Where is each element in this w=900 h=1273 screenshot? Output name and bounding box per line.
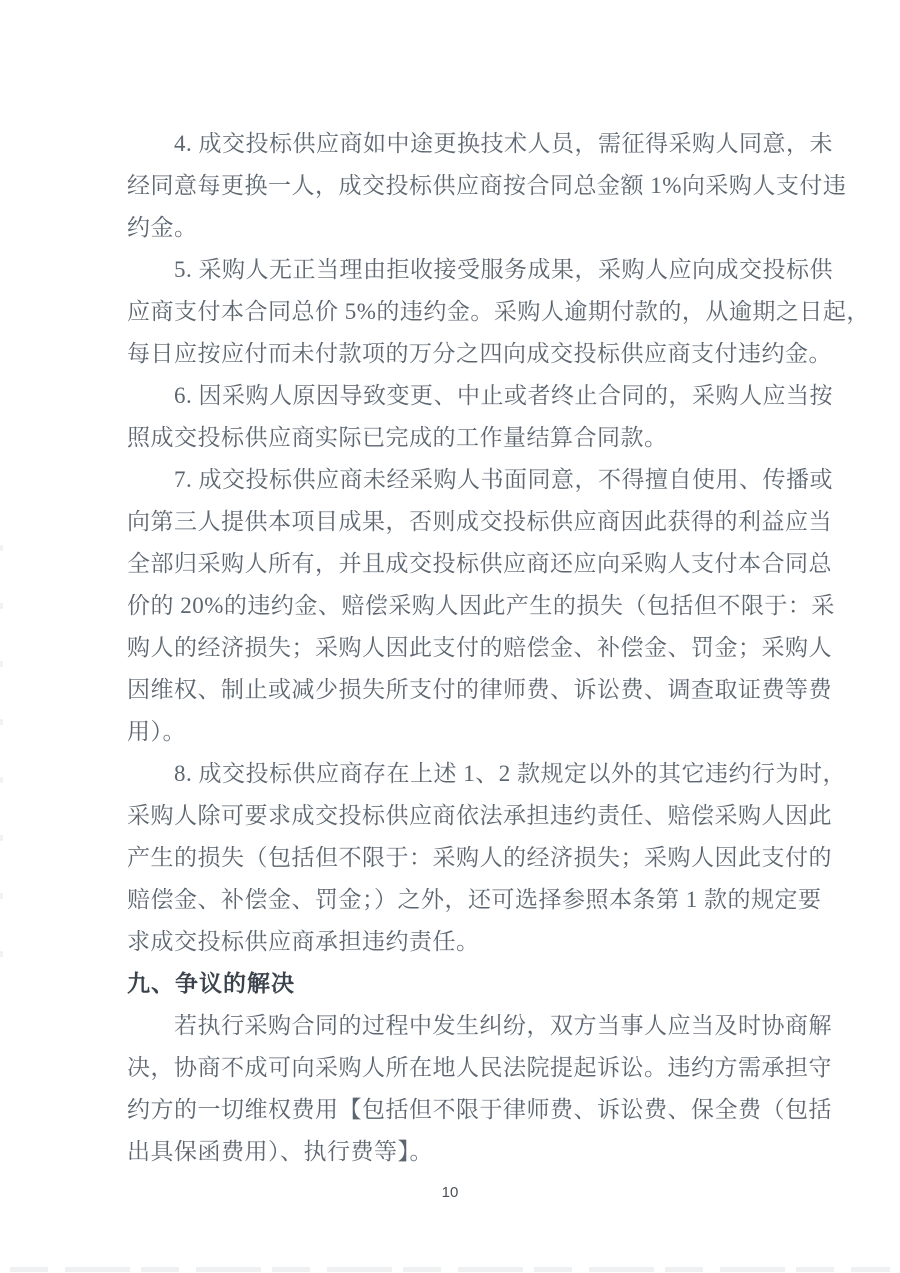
text-line: 出具保函费用）、执行费等】。 <box>127 1131 782 1173</box>
text-line: 4. 成交投标供应商如中途更换技术人员，需征得采购人同意，未 <box>127 123 782 165</box>
text-line: 求成交投标供应商承担违约责任。 <box>127 921 782 963</box>
text-line: 若执行采购合同的过程中发生纠纷，双方当事人应当及时协商解 <box>127 1005 782 1047</box>
text-line: 7. 成交投标供应商未经采购人书面同意，不得擅自使用、传播或 <box>127 459 782 501</box>
document-body: 4. 成交投标供应商如中途更换技术人员，需征得采购人同意，未经同意每更换一人，成… <box>127 123 782 1173</box>
text-line: 购人的经济损失；采购人因此支付的赔偿金、补偿金、罚金；采购人 <box>127 627 782 669</box>
clause-6: 6. 因采购人原因导致变更、中止或者终止合同的，采购人应当按照成交投标供应商实际… <box>127 375 782 459</box>
clause-5: 5. 采购人无正当理由拒收接受服务成果，采购人应向成交投标供应商支付本合同总价 … <box>127 249 782 375</box>
text-line: 经同意每更换一人，成交投标供应商按合同总金额 1%向采购人支付违 <box>127 165 782 207</box>
text-line: 向第三人提供本项目成果，否则成交投标供应商因此获得的利益应当 <box>127 501 782 543</box>
text-line: 因维权、制止或减少损失所支付的律师费、诉讼费、调查取证费等费 <box>127 669 782 711</box>
clause-4: 4. 成交投标供应商如中途更换技术人员，需征得采购人同意，未经同意每更换一人，成… <box>127 123 782 249</box>
scan-artifact-bottom-edge <box>10 1267 890 1272</box>
text-line: 用）。 <box>127 711 782 753</box>
text-line: 5. 采购人无正当理由拒收接受服务成果，采购人应向成交投标供 <box>127 249 782 291</box>
text-line: 6. 因采购人原因导致变更、中止或者终止合同的，采购人应当按 <box>127 375 782 417</box>
text-line: 采购人除可要求成交投标供应商依法承担违约责任、赔偿采购人因此 <box>127 795 782 837</box>
text-line: 决，协商不成可向采购人所在地人民法院提起诉讼。违约方需承担守 <box>127 1047 782 1089</box>
page-number: 10 <box>0 1184 900 1201</box>
scan-artifact-left-edge <box>0 545 3 965</box>
text-line: 应商支付本合同总价 5%的违约金。采购人逾期付款的，从逾期之日起， <box>127 291 782 333</box>
dispute-resolution-paragraph: 若执行采购合同的过程中发生纠纷，双方当事人应当及时协商解决，协商不成可向采购人所… <box>127 1005 782 1173</box>
section-9-heading: 九、争议的解决 <box>127 963 782 1005</box>
text-line: 每日应按应付而未付款项的万分之四向成交投标供应商支付违约金。 <box>127 333 782 375</box>
text-line: 约方的一切维权费用【包括但不限于律师费、诉讼费、保全费（包括 <box>127 1089 782 1131</box>
text-line: 价的 20%的违约金、赔偿采购人因此产生的损失（包括但不限于：采 <box>127 585 782 627</box>
text-line: 赔偿金、补偿金、罚金；）之外，还可选择参照本条第 1 款的规定要 <box>127 879 782 921</box>
clause-7: 7. 成交投标供应商未经采购人书面同意，不得擅自使用、传播或向第三人提供本项目成… <box>127 459 782 753</box>
text-line: 产生的损失（包括但不限于：采购人的经济损失；采购人因此支付的 <box>127 837 782 879</box>
text-line: 8. 成交投标供应商存在上述 1、2 款规定以外的其它违约行为时， <box>127 753 782 795</box>
document-page: 4. 成交投标供应商如中途更换技术人员，需征得采购人同意，未经同意每更换一人，成… <box>0 0 900 1273</box>
text-line: 全部归采购人所有，并且成交投标供应商还应向采购人支付本合同总 <box>127 543 782 585</box>
clause-8: 8. 成交投标供应商存在上述 1、2 款规定以外的其它违约行为时，采购人除可要求… <box>127 753 782 963</box>
text-line: 照成交投标供应商实际已完成的工作量结算合同款。 <box>127 417 782 459</box>
text-line: 约金。 <box>127 207 782 249</box>
